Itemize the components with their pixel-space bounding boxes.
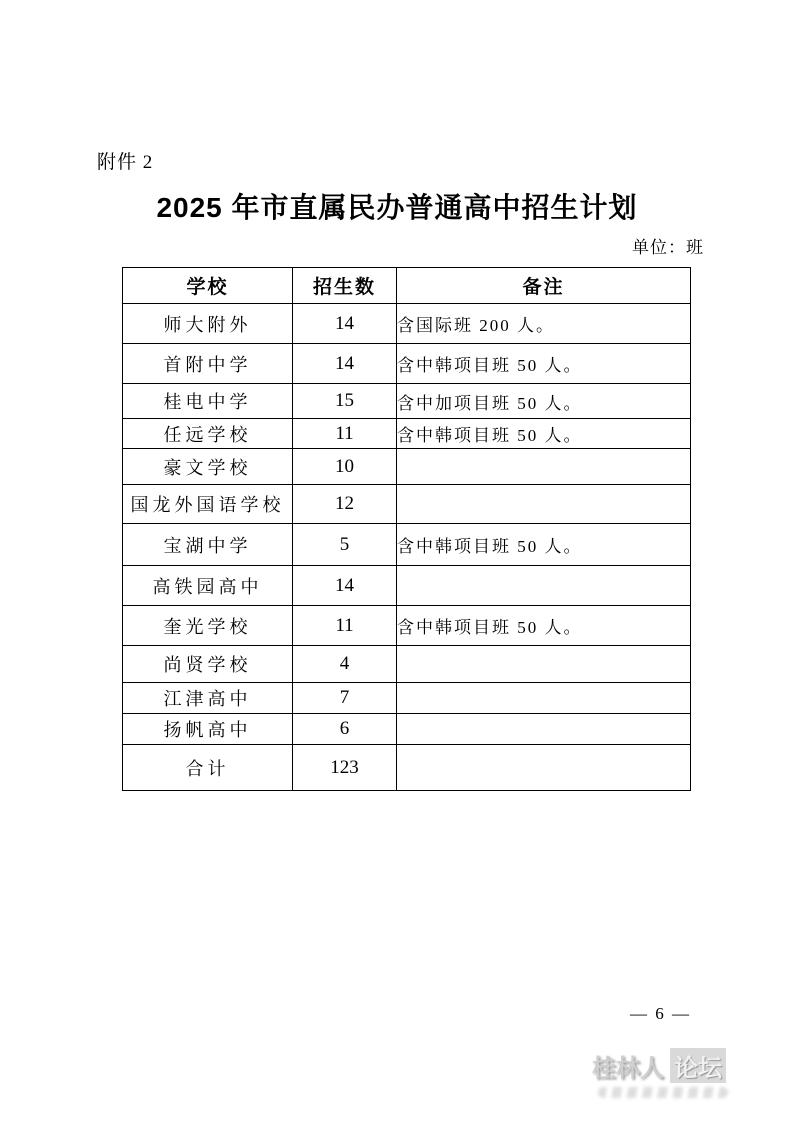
watermark-text: 桂林人论坛 — [592, 1048, 772, 1083]
enrollment-count: 11 — [293, 419, 397, 449]
remark-text — [397, 714, 691, 745]
header-enrollment: 招生数 — [293, 268, 397, 304]
enrollment-count: 6 — [293, 714, 397, 745]
table-row: 尚贤学校 4 — [123, 646, 691, 683]
table-row: 江津高中 7 — [123, 683, 691, 714]
table-row: 师大附外 14 含国际班 200 人。 — [123, 304, 691, 344]
table-row: 宝湖中学 5 含中韩项目班 50 人。 — [123, 524, 691, 566]
remark-text — [397, 646, 691, 683]
enrollment-count: 12 — [293, 485, 397, 524]
watermark-main-text: 桂林人 — [592, 1055, 664, 1082]
enrollment-count: 14 — [293, 344, 397, 384]
remark-text — [397, 683, 691, 714]
enrollment-plan-table: 学校 招生数 备注 师大附外 14 含国际班 200 人。 首附中学 14 含中… — [122, 267, 691, 791]
school-name: 豪文学校 — [123, 449, 293, 485]
total-remark — [397, 745, 691, 791]
remark-text — [397, 566, 691, 606]
table-row: 豪文学校 10 — [123, 449, 691, 485]
attachment-label: 附件 2 — [97, 147, 153, 174]
enrollment-count: 7 — [293, 683, 397, 714]
total-label: 合计 — [123, 745, 293, 791]
school-name: 国龙外国语学校 — [123, 485, 293, 524]
header-school: 学校 — [123, 268, 293, 304]
remark-text: 含中加项目班 50 人。 — [397, 384, 691, 419]
remark-text — [397, 485, 691, 524]
school-name: 高铁园高中 — [123, 566, 293, 606]
enrollment-count: 11 — [293, 606, 397, 646]
watermark-badge: 论坛 — [670, 1048, 726, 1083]
table-header-row: 学校 招生数 备注 — [123, 268, 691, 304]
school-name: 首附中学 — [123, 344, 293, 384]
enrollment-count: 14 — [293, 566, 397, 606]
remark-text: 含国际班 200 人。 — [397, 304, 691, 344]
remark-text — [397, 449, 691, 485]
school-name: 尚贤学校 — [123, 646, 293, 683]
table-row: 首附中学 14 含中韩项目班 50 人。 — [123, 344, 691, 384]
school-name: 桂电中学 — [123, 384, 293, 419]
remark-text: 含中韩项目班 50 人。 — [397, 344, 691, 384]
watermark: 桂林人论坛 — [592, 1048, 772, 1098]
enrollment-count: 14 — [293, 304, 397, 344]
header-remark: 备注 — [397, 268, 691, 304]
enrollment-count: 15 — [293, 384, 397, 419]
table-row: 扬帆高中 6 — [123, 714, 691, 745]
page-number: — 6 — — [630, 1004, 691, 1024]
enrollment-count: 10 — [293, 449, 397, 485]
school-name: 奎光学校 — [123, 606, 293, 646]
table-row: 高铁园高中 14 — [123, 566, 691, 606]
remark-text: 含中韩项目班 50 人。 — [397, 419, 691, 449]
page-title: 2025 年市直属民办普通高中招生计划 — [0, 186, 794, 226]
table-row: 国龙外国语学校 12 — [123, 485, 691, 524]
remark-text: 含中韩项目班 50 人。 — [397, 606, 691, 646]
remark-text: 含中韩项目班 50 人。 — [397, 524, 691, 566]
total-count: 123 — [293, 745, 397, 791]
school-name: 江津高中 — [123, 683, 293, 714]
school-name: 扬帆高中 — [123, 714, 293, 745]
school-name: 师大附外 — [123, 304, 293, 344]
table-row: 桂电中学 15 含中加项目班 50 人。 — [123, 384, 691, 419]
document-page: 附件 2 2025 年市直属民办普通高中招生计划 单位：班 学校 招生数 备注 … — [0, 0, 794, 1123]
watermark-subscript — [598, 1087, 728, 1098]
table-row: 奎光学校 11 含中韩项目班 50 人。 — [123, 606, 691, 646]
table-row-total: 合计 123 — [123, 745, 691, 791]
unit-label: 单位：班 — [632, 233, 704, 258]
school-name: 宝湖中学 — [123, 524, 293, 566]
enrollment-count: 5 — [293, 524, 397, 566]
enrollment-count: 4 — [293, 646, 397, 683]
table-row: 任远学校 11 含中韩项目班 50 人。 — [123, 419, 691, 449]
school-name: 任远学校 — [123, 419, 293, 449]
